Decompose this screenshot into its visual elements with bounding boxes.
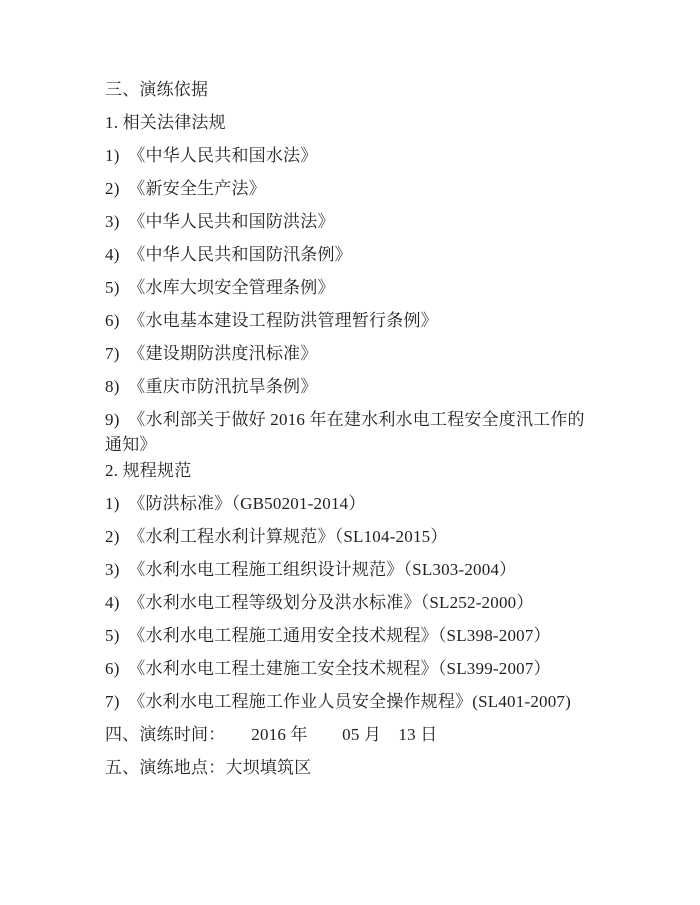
subsection-heading-laws: 1. 相关法律法规: [105, 110, 597, 135]
law-item-3: 3) 《中华人民共和国防洪法》: [105, 209, 597, 234]
law-item-9: 9) 《水利部关于做好 2016 年在建水利水电工程安全度汛工作的通知》: [105, 407, 597, 457]
law-item-8: 8) 《重庆市防汛抗旱条例》: [105, 374, 597, 399]
code-item-3: 3) 《水利水电工程施工组织设计规范》（SL303-2004）: [105, 557, 597, 582]
section-line-drill-location: 五、演练地点：大坝填筑区: [105, 755, 597, 780]
code-item-4: 4) 《水利水电工程等级划分及洪水标准》（SL252-2000）: [105, 590, 597, 615]
code-item-6: 6) 《水利水电工程土建施工安全技术规程》（SL399-2007）: [105, 656, 597, 681]
law-item-7: 7) 《建设期防洪度汛标准》: [105, 341, 597, 366]
document-content: 三、演练依据 1. 相关法律法规 1) 《中华人民共和国水法》 2) 《新安全生…: [105, 77, 597, 788]
code-item-2: 2) 《水利工程水利计算规范》（SL104-2015）: [105, 524, 597, 549]
law-item-2: 2) 《新安全生产法》: [105, 176, 597, 201]
law-item-6: 6) 《水电基本建设工程防洪管理暂行条例》: [105, 308, 597, 333]
section-line-drill-time: 四、演练时间： 2016 年 05 月 13 日: [105, 722, 597, 747]
section-heading-drill-basis: 三、演练依据: [105, 77, 597, 102]
law-item-1: 1) 《中华人民共和国水法》: [105, 143, 597, 168]
code-item-1: 1) 《防洪标准》（GB50201-2014）: [105, 491, 597, 516]
document-page: 三、演练依据 1. 相关法律法规 1) 《中华人民共和国水法》 2) 《新安全生…: [0, 0, 700, 905]
code-item-7: 7) 《水利水电工程施工作业人员安全操作规程》(SL401-2007): [105, 689, 597, 714]
subsection-heading-codes: 2. 规程规范: [105, 458, 597, 483]
code-item-5: 5) 《水利水电工程施工通用安全技术规程》（SL398-2007）: [105, 623, 597, 648]
law-item-4: 4) 《中华人民共和国防汛条例》: [105, 242, 597, 267]
law-item-5: 5) 《水库大坝安全管理条例》: [105, 275, 597, 300]
